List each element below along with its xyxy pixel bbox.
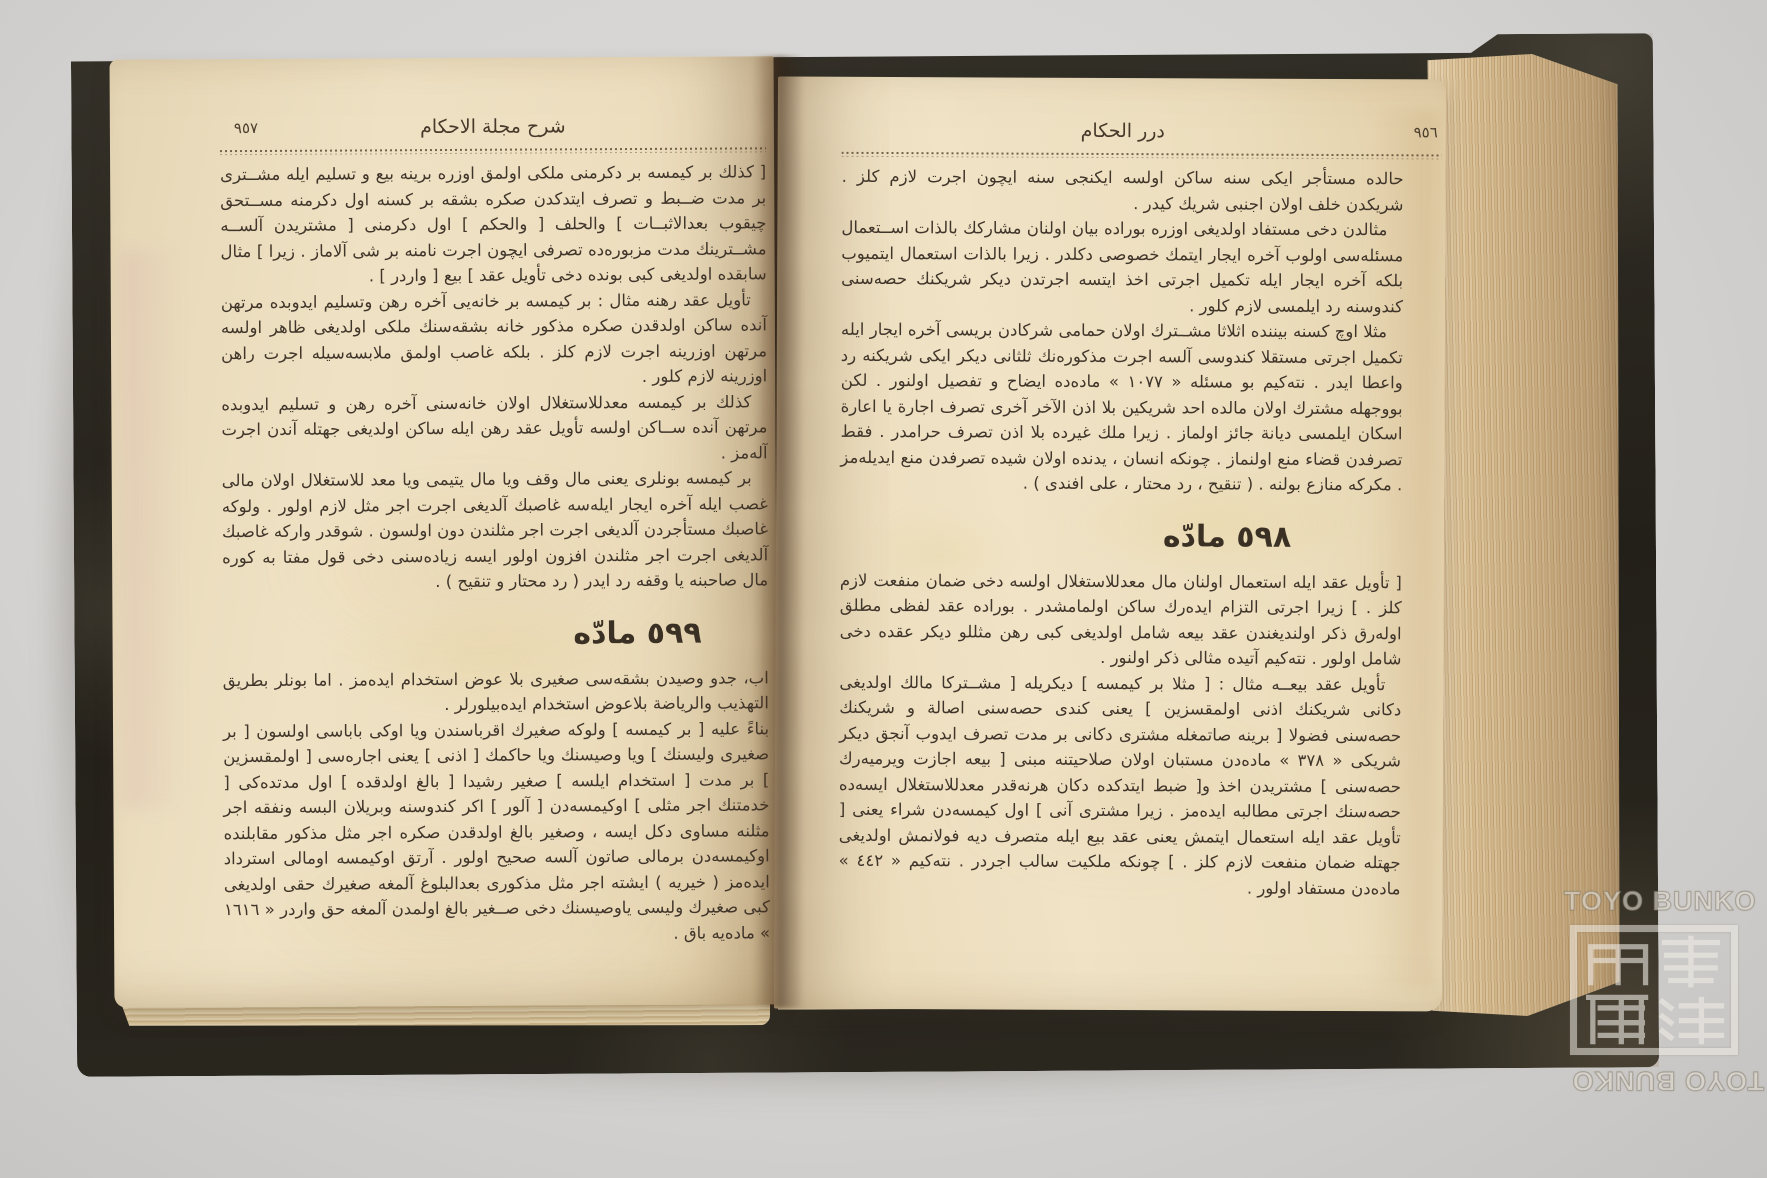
body-paragraph: بناءً عليه [ بر كيمسه ] ولوكه صغيرك اقرب… xyxy=(223,716,770,948)
paper-stain xyxy=(121,249,184,809)
body-paragraph: كذلك بر كيمسه معدللاستغلال اولان خانه‌سن… xyxy=(221,389,767,468)
left-page-header-row: ٩٥٧ شرح مجلة الاحكام xyxy=(220,106,766,147)
right-page-text-column: ٩٥٦ درر الحكام حالده مستأجر ايكى سنه ساك… xyxy=(838,111,1403,901)
right-page-body: حالده مستأجر ايكى سنه ساكن اولسه ايكنجى … xyxy=(838,164,1403,901)
library-seal xyxy=(1570,925,1738,1055)
left-page-body: [ كذلك بر كيمسه بر دكرمنى ملكى اولمق اوز… xyxy=(220,159,770,948)
page-number: ٩٥٧ xyxy=(234,119,258,137)
body-paragraph: مثلا اوچ كسنه بيننده اثلاثا مشــترك اولا… xyxy=(840,317,1403,498)
toyo-bunko-watermark: TOYO BUNKO TOYO BUNKO xyxy=(1564,886,1764,1096)
article-heading-598: ٥٩٨ مادّه xyxy=(946,516,1508,558)
body-paragraph: مثالدن دخى مستفاد اولديغى اوزره بوراده ب… xyxy=(841,215,1403,319)
body-paragraph: [ كذلك بر كيمسه بر دكرمنى ملكى اولمق اوز… xyxy=(220,159,767,289)
body-paragraph: حالده مستأجر ايكى سنه ساكن اولسه ايكنجى … xyxy=(841,164,1403,217)
left-page-text-column: ٩٥٧ شرح مجلة الاحكام [ كذلك بر كيمسه بر … xyxy=(220,106,770,948)
running-header: شرح مجلة الاحكام xyxy=(220,106,766,147)
photo-of-open-book: ٩٥٧ شرح مجلة الاحكام [ كذلك بر كيمسه بر … xyxy=(0,0,1767,1178)
running-header: درر الحكام xyxy=(842,111,1404,151)
watermark-text-bottom: TOYO BUNKO xyxy=(1560,1065,1764,1096)
left-page: ٩٥٧ شرح مجلة الاحكام [ كذلك بر كيمسه بر … xyxy=(110,56,779,1007)
watermark-text-top: TOYO BUNKO xyxy=(1564,886,1764,917)
right-page: ٩٥٦ درر الحكام حالده مستأجر ايكى سنه ساك… xyxy=(774,77,1446,1012)
seal-glyphs xyxy=(1577,932,1731,1048)
header-rule xyxy=(220,147,766,156)
right-page-header-row: ٩٥٦ درر الحكام xyxy=(842,111,1404,151)
body-paragraph: تأويل عقد بيعــه مثال : [ مثلا بر كيمسه … xyxy=(838,669,1401,901)
body-paragraph: بر كيمسه بونلرى يعنى مال وقف ويا مال يتي… xyxy=(222,465,769,595)
body-paragraph: [ تأويل عقد ايله استعمال اولنان مال معدل… xyxy=(839,567,1401,671)
gutter-shadow xyxy=(752,56,804,1008)
page-number: ٩٥٦ xyxy=(1414,123,1438,141)
body-paragraph: تأويل عقد رهنه مثال : بر كيمسه بر خانه‌ي… xyxy=(221,287,768,392)
body-paragraph: اب، جدو وصيدن بشقه‌سى صغيرى بلا عوض استخ… xyxy=(223,665,769,719)
header-rule xyxy=(842,152,1442,161)
